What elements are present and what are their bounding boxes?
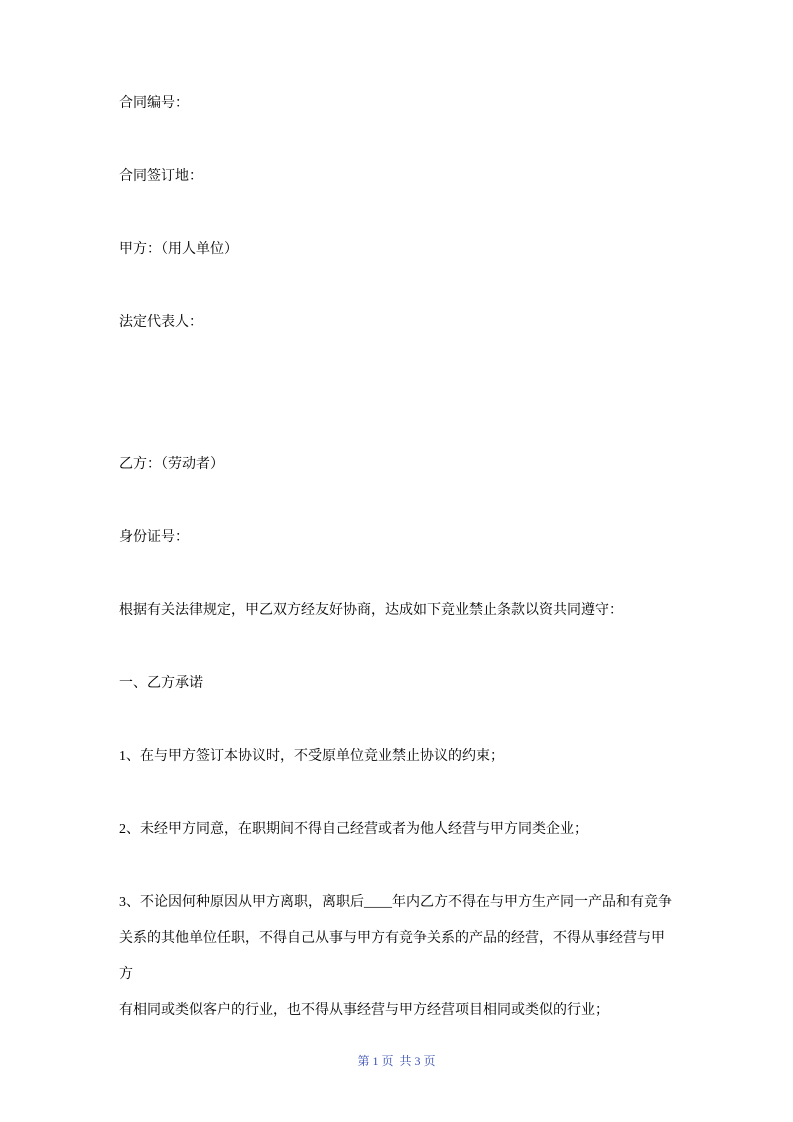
page-number-footer: 第 1 页 共 3 页: [0, 1053, 793, 1069]
clause-1-paragraph: 1、在与甲方签订本协议时，不受原单位竞业禁止协议的约束；: [119, 739, 675, 775]
contract-number-line: 合同编号：: [119, 86, 675, 122]
document-body: 合同编号： 合同签订地： 甲方：（用人单位） 法定代表人： 乙方：（劳动者） 身…: [119, 86, 675, 1029]
document-page: 合同编号： 合同签订地： 甲方：（用人单位） 法定代表人： 乙方：（劳动者） 身…: [0, 0, 793, 1122]
clause-2-paragraph: 2、未经甲方同意，在职期间不得自己经营或者为他人经营与甲方同类企业；: [119, 812, 675, 848]
section-one-heading: 一、乙方承诺: [119, 666, 675, 702]
signing-place-line: 合同签订地：: [119, 159, 675, 195]
preamble-paragraph: 根据有关法律规定，甲乙双方经友好协商，达成如下竞业禁止条款以资共同遵守：: [119, 593, 675, 629]
legal-representative-line: 法定代表人：: [119, 305, 675, 341]
party-a-line: 甲方：（用人单位）: [119, 232, 675, 268]
party-b-line: 乙方：（劳动者）: [119, 447, 675, 483]
clause-3-paragraph: 3、不论因何种原因从甲方离职，离职后____年内乙方不得在与甲方生产同一产品和有…: [119, 885, 675, 1029]
id-number-line: 身份证号：: [119, 520, 675, 556]
